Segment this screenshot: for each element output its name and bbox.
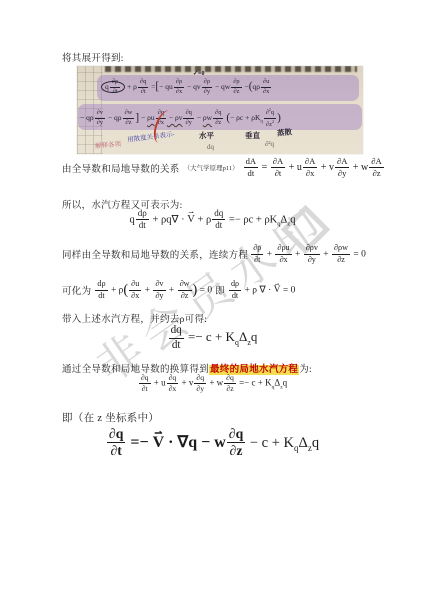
derivative-relation-text: 由全导数和局地导数的关系 (62, 161, 180, 175)
photo-cutoff-print (105, 66, 357, 72)
photo-equation-line2: − qρ∂v∂y − qρ∂w∂z] − ρu∂q∂x − ρv∂q∂y − ρ… (80, 108, 281, 129)
that-is-text: 即 (215, 283, 225, 297)
photo-note-horizontal: 水平 (199, 130, 214, 141)
total-derivative-equation: dAdt = ∂A∂t + u∂A∂x + v∂A∂y + w∂A∂z (243, 157, 385, 178)
dq-dt-equation: dqdt =− c + KqΔzq (0, 325, 425, 351)
photo-print-fragment: dq (207, 143, 214, 151)
photo-equation-line1: q∂ρ∂t + ρ∂q∂t =[− qu∂ρ∂x − qv∂ρ∂y − qw∂ρ… (101, 79, 272, 96)
photo-pink-handnote: 解释各项 (95, 139, 122, 150)
final-equation-intro: 通过全导数和局地导数的换算得到最终的局地水汽方程为: (62, 361, 312, 375)
final-equation-main: ∂q∂t =− V · ∇q − w∂q∂z (106, 434, 246, 451)
intro-text: 将其展开得到: (62, 50, 124, 64)
substitute-text: 带入上述水汽方程，并约去ρ可得: (62, 311, 207, 325)
derivative-relation-line: 由全导数和局地导数的关系 （大气学原理p11） dAdt = ∂A∂t + u∂… (62, 157, 385, 178)
final-equation-tail: − c + KqΔzq (246, 435, 319, 451)
continuity-equation: ∂ρ∂t + ∂ρu∂x + ∂ρv∂y + ∂ρw∂z = 0 (250, 244, 366, 264)
z-coordinate-text: 即（在 z 坐标系中） (62, 410, 159, 425)
final-equation: ∂q∂t =− V · ∇q − w∂q∂z − c + KqΔzq (0, 427, 425, 459)
document-content: 将其展开得到: q∂ρ∂t + ρ∂q∂t =[− qu∂ρ∂x − qv∂ρ∂… (0, 0, 425, 600)
continuity-text: 同样由全导数和局地导数的关系，连续方程 (62, 247, 248, 261)
simplified-continuity-line: 可化为 dρdt + ρ(∂u∂x + ∂v∂y + ∂w∂z) = 0 即 d… (62, 280, 295, 300)
photo-note-diffusion: 蒸散 (276, 126, 292, 139)
photo-note-vertical: 垂直 (245, 130, 260, 141)
photo-zero-annotation: ✓=0 (193, 70, 204, 77)
handwritten-notes-photo: q∂ρ∂t + ρ∂q∂t =[− qu∂ρ∂x − qv∂ρ∂y − qw∂ρ… (77, 66, 363, 154)
continuity-expanded-equation: dρdt + ρ(∂u∂x + ∂v∂y + ∂w∂z) = 0 (94, 280, 212, 300)
reduce-to-text: 可化为 (62, 283, 91, 297)
book-reference: （大气学原理p11） (184, 163, 239, 172)
document-page: { "watermark": { "text": "非会员水印", "color… (0, 0, 425, 600)
continuity-vector-equation: dρdt + ρ ∇ · V = 0 (228, 280, 295, 300)
local-water-vapor-equation: ∂q∂t + u∂q∂x + v∂q∂y + w∂q∂z =− c + KqΔz… (0, 374, 425, 393)
photo-print-fragment: ∂²q (265, 140, 274, 148)
continuity-line: 同样由全导数和局地导数的关系，连续方程 ∂ρ∂t + ∂ρu∂x + ∂ρv∂y… (62, 244, 366, 264)
water-vapor-equation: qdρdt + ρq∇ · V + ρdqdt =− ρc + ρKqΔzq (0, 209, 425, 231)
